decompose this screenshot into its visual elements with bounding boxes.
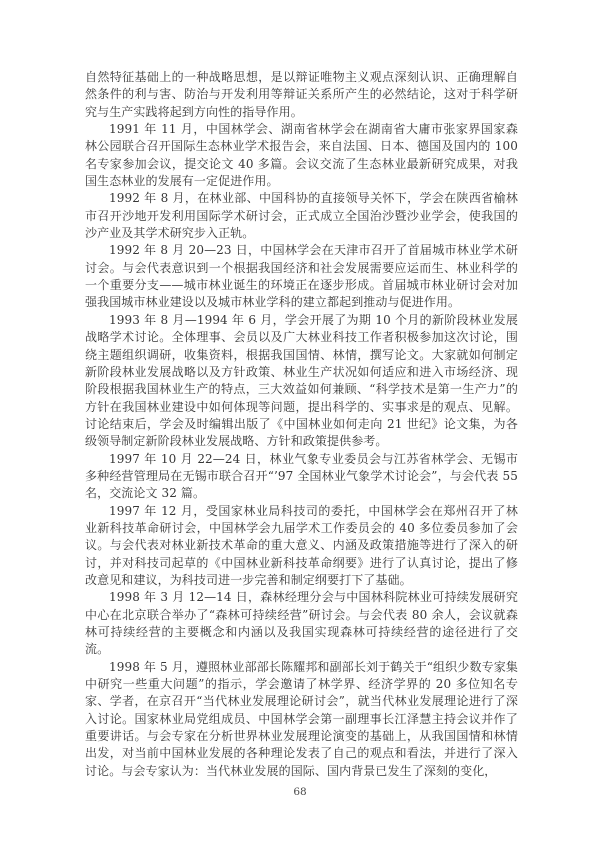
paragraph: 1998 年 5 月，遵照林业部部长陈耀邦和副部长刘于鹤关于“组织少数专家集中研… [85,659,518,780]
page-number: 68 [0,786,600,798]
paragraph: 1992 年 8 月 20—23 日，中国林学会在天津市召开了首届城市林业学术研… [85,242,518,311]
paragraph: 1993 年 8 月—1994 年 6 月，学会开展了为期 10 个月的新阶段林… [85,312,518,451]
body-text: 自然特征基础上的一种战略思想，是以辩证唯物主义观点深刻认识、正确理解自然条件的利… [85,69,518,780]
paragraph: 1998 年 3 月 12—14 日，森林经理分会与中国林科院林业可持续发展研究… [85,589,518,658]
document-page: 自然特征基础上的一种战略思想，是以辩证唯物主义观点深刻认识、正确理解自然条件的利… [0,0,600,848]
paragraph: 1997 年 10 月 22—24 日，林业气象专业委员会与江苏省林学会、无锡市… [85,451,518,503]
paragraph: 1991 年 11 月，中国林学会、湖南省林学会在湖南省大庸市张家界国家森林公园… [85,121,518,190]
paragraph: 1997 年 12 月，受国家林业局科技司的委托，中国林学会在郑州召开了林业新科… [85,503,518,590]
paragraph: 1992 年 8 月，在林业部、中国科协的直接领导关怀下，学会在陕西省榆林市召开… [85,190,518,242]
paragraph: 自然特征基础上的一种战略思想，是以辩证唯物主义观点深刻认识、正确理解自然条件的利… [85,69,518,121]
